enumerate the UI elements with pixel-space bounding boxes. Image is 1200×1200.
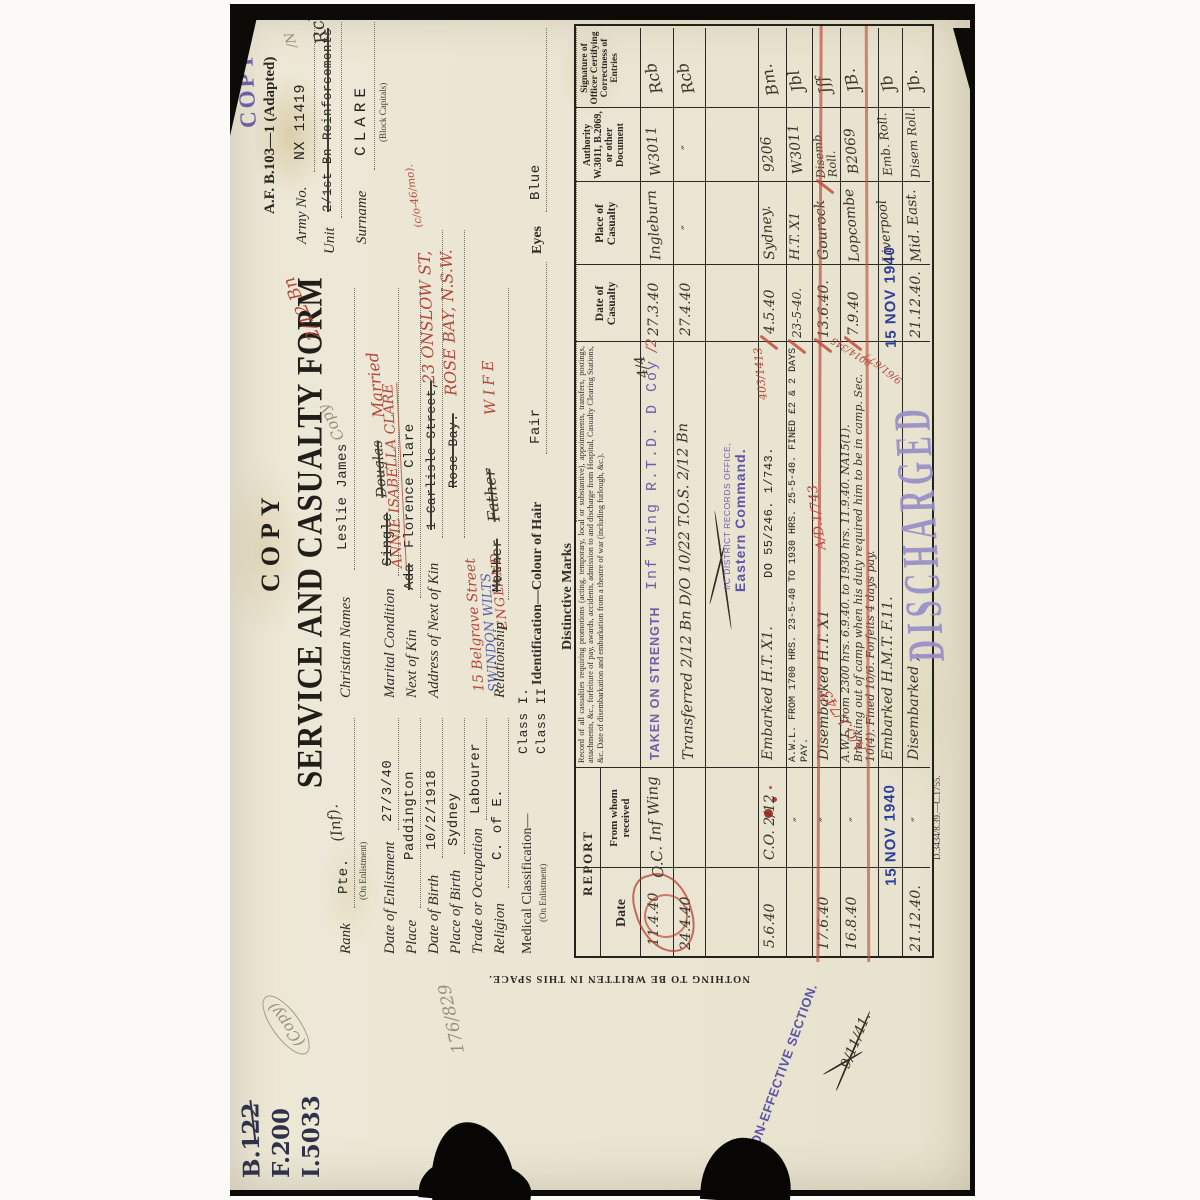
page: B.122 F.200 I.5033 (Copy) 176/829 NOTHIN… xyxy=(0,0,1200,1200)
addr-red: 23 ONSLOW ST, xyxy=(415,251,439,385)
col-header-from: From whom received xyxy=(608,772,632,864)
row3-doc: 4.5.40 xyxy=(762,289,778,334)
col-header-doc: Date of Casualty xyxy=(594,267,618,340)
row2-date: 24.4.40 xyxy=(678,897,694,950)
copy-heading: COPY xyxy=(256,490,286,592)
medical-label: Medical Classification— xyxy=(520,814,536,954)
document-scan: B.122 F.200 I.5033 (Copy) 176/829 NOTHIN… xyxy=(230,4,975,1196)
dob-label: Date of Birth xyxy=(426,875,443,954)
addr-red-note: (c/o-46/mo). xyxy=(403,163,425,228)
army-no-label: Army No. xyxy=(294,187,311,245)
row8-date: 21.12.40. xyxy=(908,885,924,952)
row3-date: 5.6.40 xyxy=(762,903,778,948)
col-line-5 xyxy=(574,181,930,182)
surname-label: Surname xyxy=(354,191,371,244)
row-line-7 xyxy=(878,28,879,958)
hair-value: Fair xyxy=(528,408,544,444)
col-header-place: Place of Casualty xyxy=(594,184,618,263)
file-code-2: F.200 xyxy=(268,1108,295,1178)
rank-value: Pte. xyxy=(336,858,352,894)
row-line-4 xyxy=(786,28,787,958)
trade-line xyxy=(486,718,487,820)
place-line xyxy=(420,718,421,908)
addr-label: Address of Next of Kin xyxy=(426,563,443,698)
row4-place: H.T. X1 xyxy=(788,212,803,260)
header-bottom-line xyxy=(640,28,641,958)
medical-class1: Class I. xyxy=(516,688,531,754)
eyes-label: Eyes xyxy=(530,226,546,254)
row8-record: Disembarked ,, xyxy=(906,652,922,760)
col-header-date: Date xyxy=(614,868,630,958)
eyes-line xyxy=(546,28,547,212)
non-effective-stamp: NON-EFFECTIVE SECTION. xyxy=(744,963,826,1156)
block-capitals-note: (Block Capitals) xyxy=(378,83,388,142)
col-line-6 xyxy=(574,107,930,108)
col-line-4 xyxy=(574,264,930,265)
row4-doc: 23-5-40. xyxy=(790,288,804,338)
row3-record: Embarked H.T. X1. xyxy=(760,626,776,760)
row3-record2: DO 55/246. 1/743. xyxy=(762,447,776,578)
copy-pencil-circled: (Copy) xyxy=(254,988,318,1061)
row7-record: Embarked H.M.T. F.11. xyxy=(880,596,896,760)
service-casualty-form: B.122 F.200 I.5033 (Copy) 176/829 NOTHIN… xyxy=(230,10,970,1190)
enlist-label: Date of Enlistment xyxy=(382,842,399,955)
unit-label: Unit xyxy=(322,227,339,254)
report-date-stamp: 15 NOV 1940 xyxy=(881,784,900,886)
religion-value: C. of E. xyxy=(490,789,506,860)
form-reference: A.F. B.103—1 (Adapted) xyxy=(262,57,279,214)
col-line-2 xyxy=(574,767,930,768)
medical-sub: (On Enlistment) xyxy=(538,864,548,922)
report-underline xyxy=(600,768,601,958)
row4-record: A.W.L. FROM 1700 HRS. 23-5-40 TO 1930 HR… xyxy=(788,346,811,762)
enlist-value: 27/3/40 xyxy=(380,760,396,822)
row6-doc: 7.9.40 xyxy=(846,291,862,336)
surname-line xyxy=(374,22,375,170)
rank-label: Rank xyxy=(338,923,355,954)
col-header-signature: Signature of Officer Certifying Correctn… xyxy=(580,30,620,106)
row-line-2 xyxy=(705,28,706,958)
rank-line xyxy=(354,718,355,908)
row2-auth-ditto: ″ xyxy=(680,145,695,150)
row-line-1 xyxy=(673,28,674,958)
dob-line xyxy=(442,718,443,858)
col-header-authority: Authority W.3011, B.2069, or other Docum… xyxy=(582,110,626,180)
relationship-label: Relationship xyxy=(492,622,509,698)
taken-on-strength-stamp: TAKEN ON STRENGTH xyxy=(648,606,662,760)
relationship-ink: Father xyxy=(479,468,503,523)
row-line-3 xyxy=(758,28,759,958)
relationship-line xyxy=(508,288,509,600)
surname-value: CLARE xyxy=(352,83,370,156)
file-number-pencil: 176/829 xyxy=(435,982,469,1055)
ne-signature-date: 9/11/41. xyxy=(838,1011,875,1071)
row8-from-ditto: ″ xyxy=(910,817,925,822)
row3-from: C.O. 2/12 xyxy=(762,794,778,860)
pob-value: Sydney xyxy=(446,793,462,846)
row6-date: 16.8.40 xyxy=(844,897,860,950)
pob-line xyxy=(464,718,465,854)
row2-doc: 27.4.40 xyxy=(678,283,694,336)
marital-label: Marital Condition xyxy=(382,588,399,698)
addr2-red: ROSE BAY, N.S.W. xyxy=(436,249,460,396)
taken-on-strength-stamp2: Inf Wing R.T.D. D Coy xyxy=(644,359,661,590)
row1-doc: 27.3.40 xyxy=(646,283,662,336)
enlist-line xyxy=(398,718,399,830)
relationship-struck: Mother xyxy=(490,539,506,592)
rank-ink-note: (Inf). xyxy=(323,803,347,843)
file-code-3: I.5033 xyxy=(298,1095,325,1178)
col-line-3 xyxy=(574,341,930,342)
identification-label: Identification—Colour of Hair xyxy=(530,502,546,685)
row1-red-slash: /2 xyxy=(644,338,660,352)
christian-label: Christian Names xyxy=(338,597,355,698)
place-label: Place xyxy=(404,920,421,954)
place-value: Paddington xyxy=(402,771,418,860)
rank-on-enlistment: (On Enlistment) xyxy=(358,842,368,900)
page-title: SERVICE AND CASUALTY FORM xyxy=(289,276,330,788)
row4-from-ditto: ″ xyxy=(792,817,807,822)
nok-label: Next of Kin xyxy=(404,630,421,698)
eyes-value: Blue xyxy=(528,164,544,200)
row3-red-blot xyxy=(764,809,773,818)
form-print-code: D.3434/8.39.—C.1755. xyxy=(932,775,942,860)
religion-line xyxy=(508,718,509,888)
unit-line xyxy=(341,22,342,218)
addr2-line xyxy=(464,230,465,538)
row5-from-ditto: ″ xyxy=(818,817,833,822)
trade-label: Trade or Occupation xyxy=(470,828,487,954)
nothing-strip: NOTHING TO BE WRITTEN IN THIS SPACE. xyxy=(428,973,750,984)
dob-value: 10/2/1918 xyxy=(424,770,440,850)
addr2-struck: Rose Bay. xyxy=(446,413,461,488)
army-no-value: NX 11419 xyxy=(292,84,309,160)
christian-value: Leslie James xyxy=(335,443,351,550)
row6-record: A.W.L. from 2300 hrs. 6.9.40. to 1930 hr… xyxy=(840,372,878,762)
report-header: REPORT xyxy=(580,768,596,958)
addr-struck: 1 Carlisle Street, xyxy=(424,381,439,530)
unit-value: 2/1st Bn Reinforcements xyxy=(321,28,335,212)
christian-line xyxy=(354,288,355,570)
hair-line xyxy=(546,262,547,454)
records-office-stamp-line1: I/C DISTRICT RECORDS OFFICE, xyxy=(722,443,732,590)
row8-doc: 21.12.40. xyxy=(908,271,924,338)
trade-value: Labourer xyxy=(468,743,484,814)
black-edge-strip xyxy=(230,10,970,20)
army-no-pencil: /N xyxy=(282,31,300,50)
row2-place-ditto: ″ xyxy=(680,225,695,230)
records-office-stamp-line2: Eastern Command. xyxy=(732,448,748,592)
religion-label: Religion xyxy=(492,903,509,954)
relationship-red: WIFE xyxy=(478,356,499,416)
pob-label: Place of Birth xyxy=(448,870,465,954)
medical-class2: Class II xyxy=(534,688,549,754)
row6-from-ditto: ″ xyxy=(848,817,863,822)
col-header-record: Record of all casualties requiring promo… xyxy=(577,346,605,763)
